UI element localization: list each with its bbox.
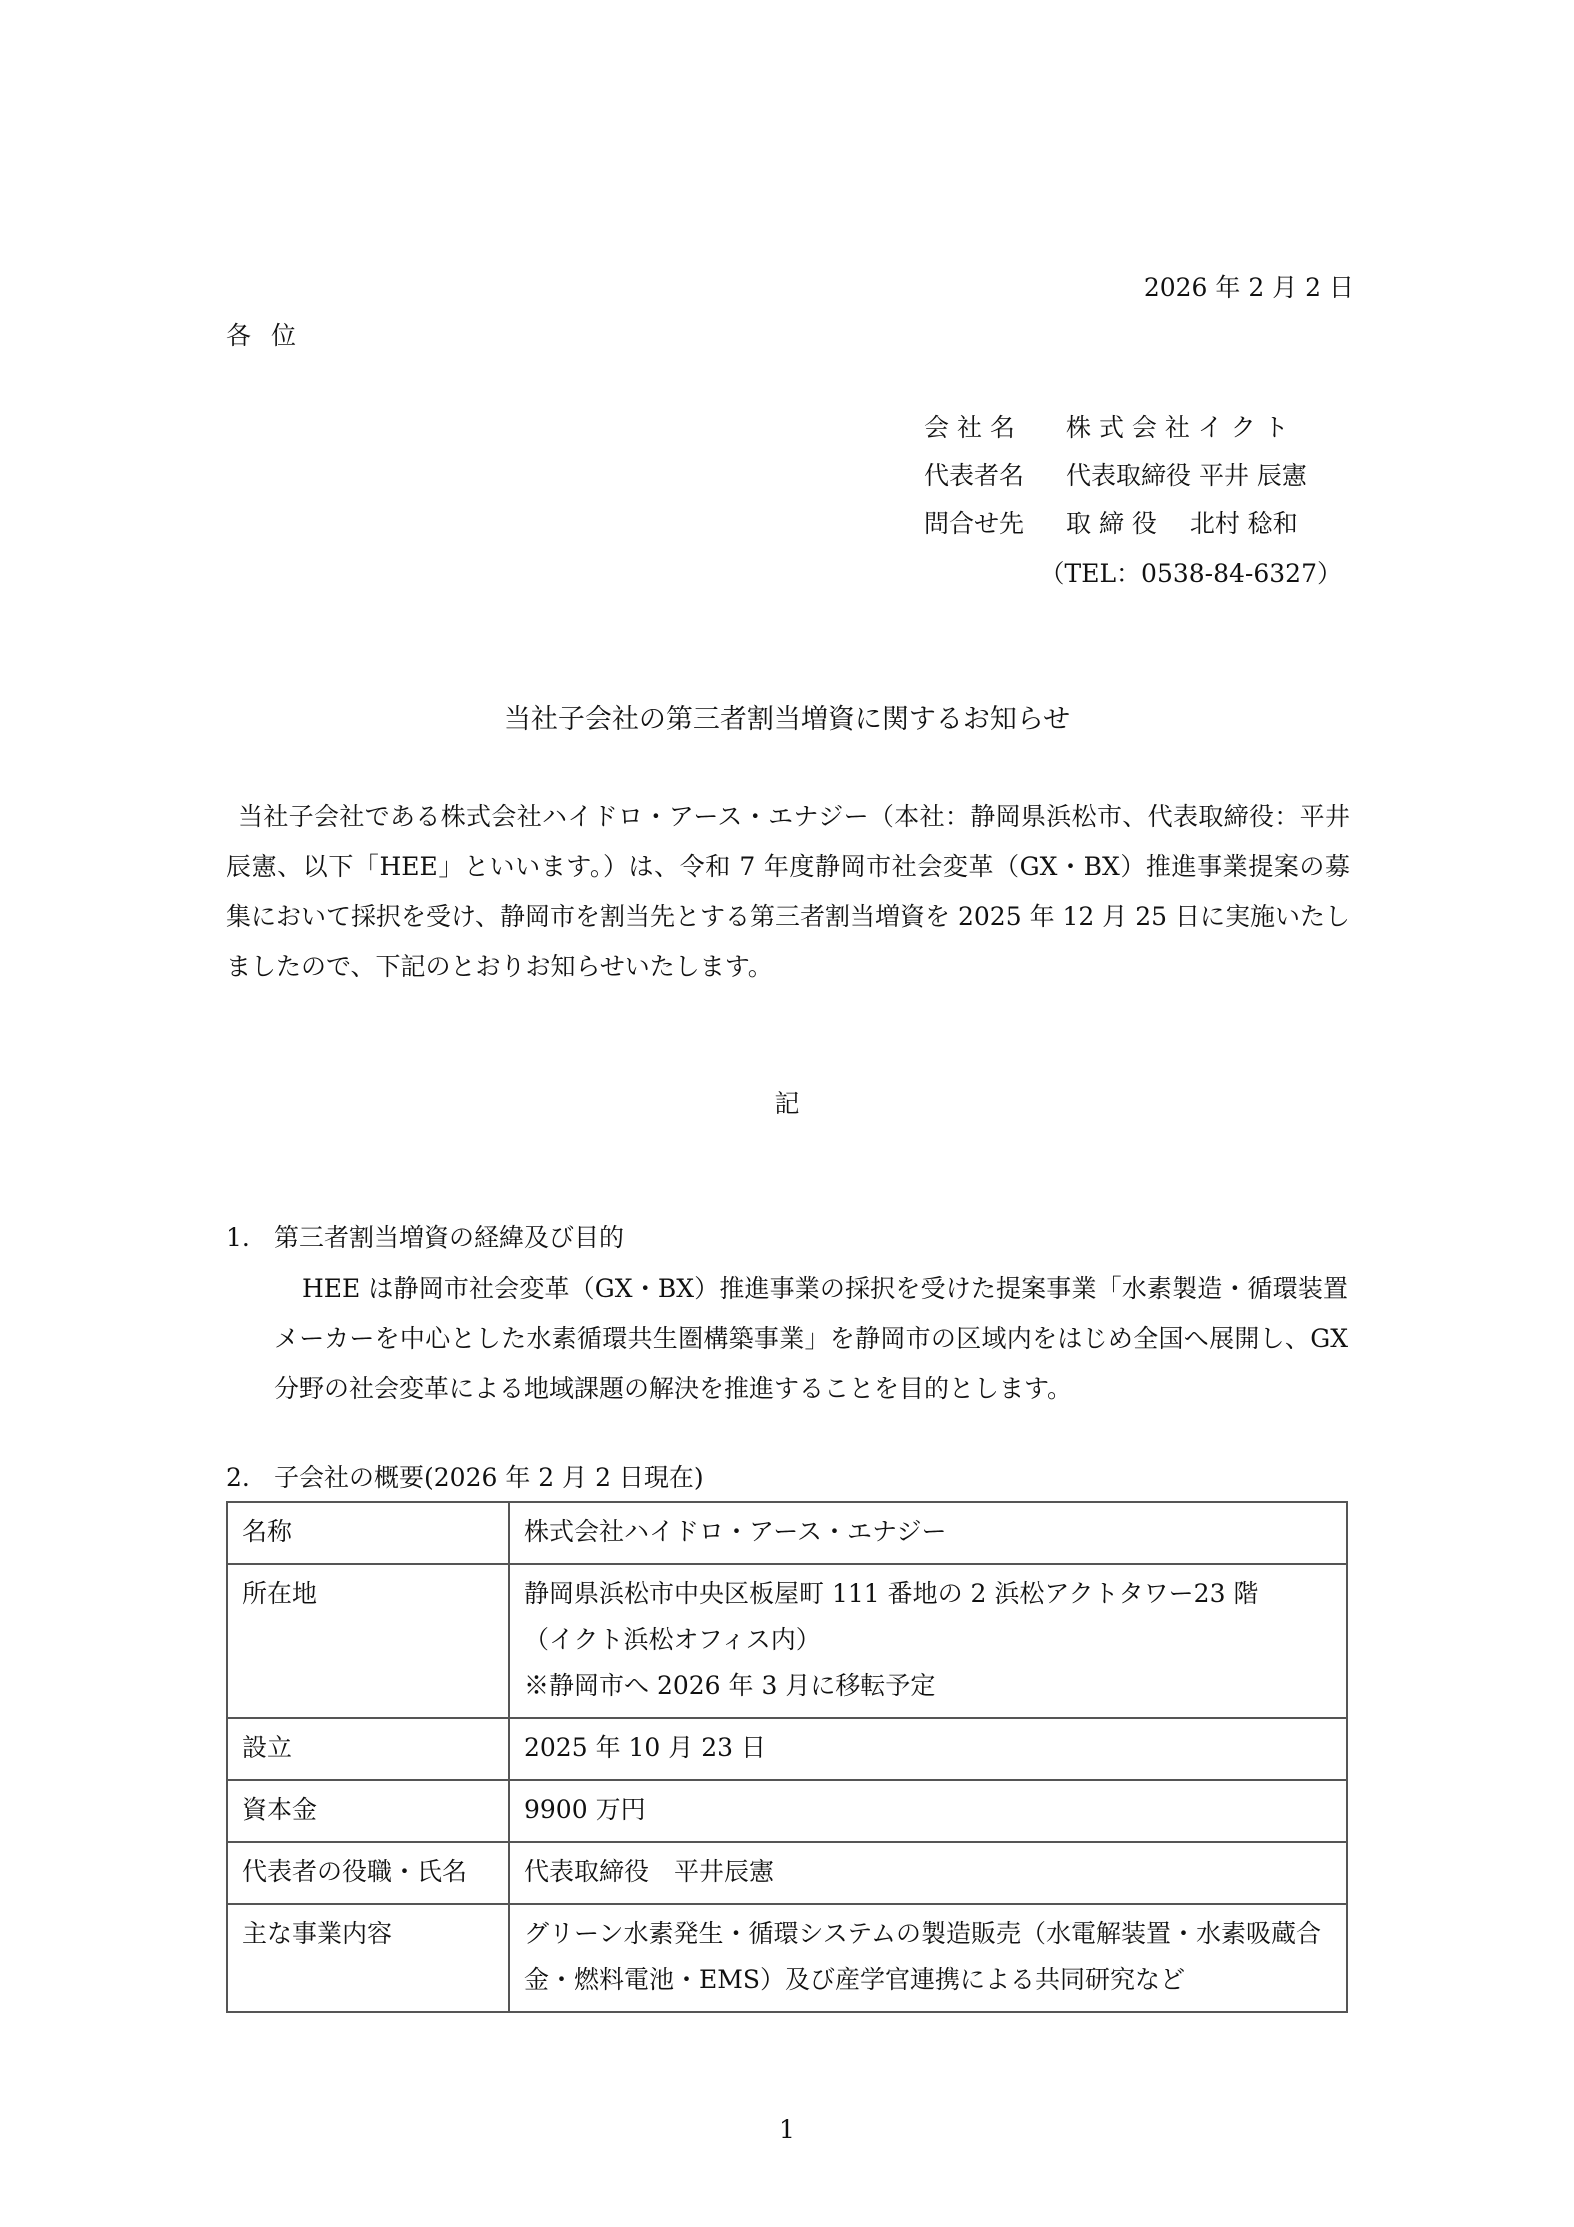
value-line: 9900 万円 [524, 1787, 1332, 1833]
sender-contact-row: 問合せ先 取 締 役 北村 稔和 [924, 504, 1307, 552]
document-title: 当社子会社の第三者割当増資に関するお知らせ [0, 697, 1574, 736]
row-value: 株式会社ハイドロ・アース・エナジー [509, 1502, 1347, 1564]
value-line: 代表取締役 平井辰憲 [524, 1849, 1332, 1895]
section-number: 1. [226, 1223, 274, 1252]
sender-company-row: 会 社 名 株 式 会 社 イ ク ト [924, 408, 1307, 456]
table-row: 代表者の役職・氏名 代表取締役 平井辰憲 [227, 1842, 1347, 1904]
document-date: 2026 年 2 月 2 日 [1144, 268, 1354, 304]
value-line: 2025 年 10 月 23 日 [524, 1725, 1332, 1771]
value-line: ※静岡市へ 2026 年 3 月に移転予定 [524, 1663, 1332, 1709]
intro-paragraph: 当社子会社である株式会社ハイドロ・アース・エナジー（本社：静岡県浜松市、代表取締… [226, 792, 1350, 992]
section-2-heading: 2.子会社の概要(2026 年 2 月 2 日現在) [226, 1458, 704, 1494]
row-value: 静岡県浜松市中央区板屋町 111 番地の 2 浜松アクトタワー23 階 （イクト… [509, 1564, 1347, 1718]
section-title: 子会社の概要(2026 年 2 月 2 日現在) [274, 1463, 704, 1492]
sender-label: 問合せ先 [924, 504, 1066, 552]
contact-tel: （TEL：0538-84-6327） [1040, 554, 1342, 590]
row-label: 設立 [227, 1718, 509, 1780]
sender-value: 代表取締役 平井 辰憲 [1066, 456, 1307, 504]
ki-heading: 記 [0, 1084, 1574, 1120]
sender-label: 代表者名 [924, 456, 1066, 504]
row-value: 代表取締役 平井辰憲 [509, 1842, 1347, 1904]
page-number: 1 [0, 2115, 1574, 2144]
row-label: 資本金 [227, 1780, 509, 1842]
sender-label: 会 社 名 [924, 408, 1066, 456]
section-number: 2. [226, 1463, 274, 1492]
row-label: 代表者の役職・氏名 [227, 1842, 509, 1904]
row-value: グリーン水素発生・循環システムの製造販売（水電解装置・水素吸蔵合金・燃料電池・E… [509, 1904, 1347, 2012]
value-line: （イクト浜松オフィス内） [524, 1617, 1332, 1663]
value-line: 株式会社ハイドロ・アース・エナジー [524, 1509, 1332, 1555]
sender-block: 会 社 名 株 式 会 社 イ ク ト 代表者名 代表取締役 平井 辰憲 問合せ… [924, 408, 1307, 552]
section-1-heading: 1.第三者割当増資の経緯及び目的 [226, 1218, 624, 1254]
table-row: 名称 株式会社ハイドロ・アース・エナジー [227, 1502, 1347, 1564]
sender-representative-row: 代表者名 代表取締役 平井 辰憲 [924, 456, 1307, 504]
table-row: 所在地 静岡県浜松市中央区板屋町 111 番地の 2 浜松アクトタワー23 階 … [227, 1564, 1347, 1718]
table-row: 主な事業内容 グリーン水素発生・循環システムの製造販売（水電解装置・水素吸蔵合金… [227, 1904, 1347, 2012]
section-1-body: HEE は静岡市社会変革（GX・BX）推進事業の採択を受けた提案事業「水素製造・… [274, 1264, 1348, 1414]
value-line: 静岡県浜松市中央区板屋町 111 番地の 2 浜松アクトタワー23 階 [524, 1571, 1332, 1617]
sender-value: 取 締 役 北村 稔和 [1066, 504, 1298, 552]
row-value: 2025 年 10 月 23 日 [509, 1718, 1347, 1780]
value-line: グリーン水素発生・循環システムの製造販売（水電解装置・水素吸蔵合金・燃料電池・E… [524, 1911, 1332, 2003]
addressee: 各位 [226, 316, 316, 352]
row-value: 9900 万円 [509, 1780, 1347, 1842]
subsidiary-overview-table: 名称 株式会社ハイドロ・アース・エナジー 所在地 静岡県浜松市中央区板屋町 11… [226, 1501, 1348, 2013]
section-title: 第三者割当増資の経緯及び目的 [274, 1223, 624, 1252]
row-label: 所在地 [227, 1564, 509, 1718]
row-label: 主な事業内容 [227, 1904, 509, 2012]
table-row: 資本金 9900 万円 [227, 1780, 1347, 1842]
sender-value: 株 式 会 社 イ ク ト [1066, 408, 1289, 456]
table-row: 設立 2025 年 10 月 23 日 [227, 1718, 1347, 1780]
row-label: 名称 [227, 1502, 509, 1564]
